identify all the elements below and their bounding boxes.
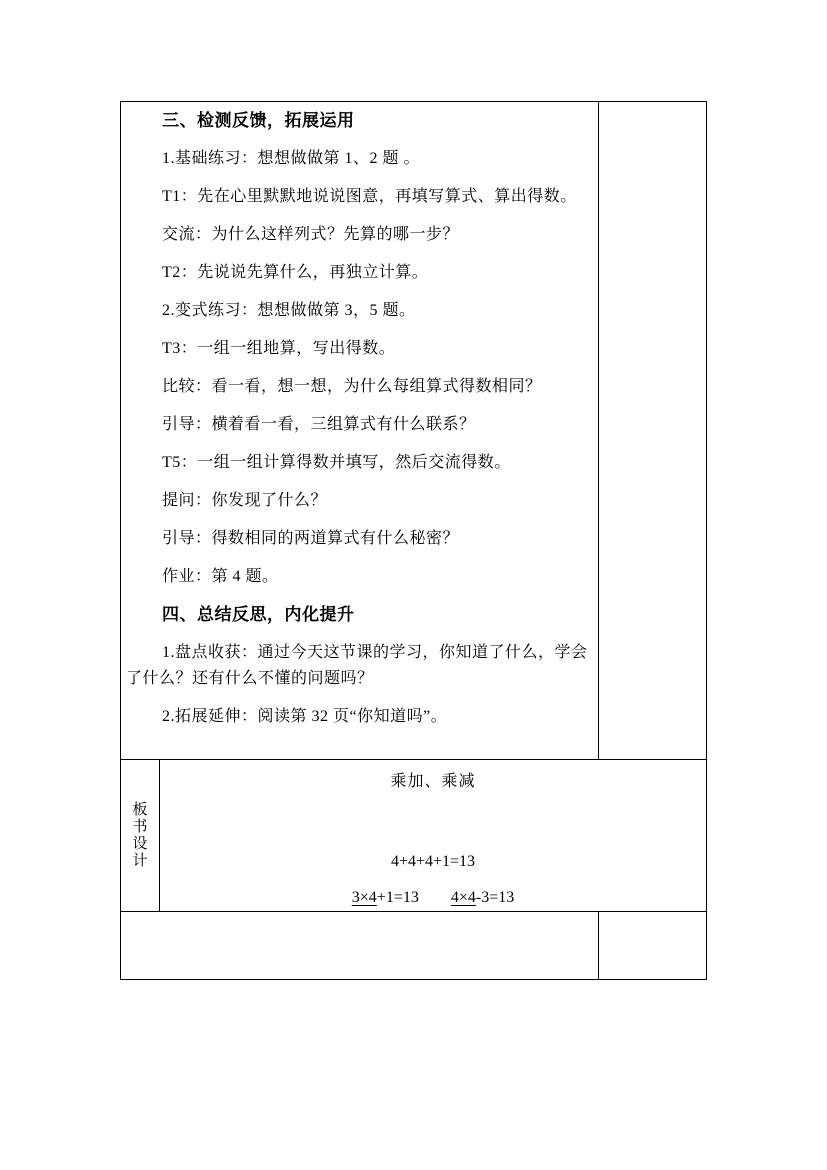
board-title: 乘加、乘减 xyxy=(160,768,706,791)
basic-practice-line: 1.基础练习：想想做做第 1、2 题 。 xyxy=(126,146,588,172)
variant-practice-line: 2.变式练习：想想做做第 3，5 题。 xyxy=(126,298,588,324)
question-line: 提问：你发现了什么？ xyxy=(126,488,588,514)
extension-line: 2.拓展延伸：阅读第 32 页“你知道吗”。 xyxy=(126,704,588,730)
t5-line: T5：一组一组计算得数并填写，然后交流得数。 xyxy=(126,450,588,476)
board-design-label-cell: 板书设计 xyxy=(120,759,160,912)
exchange-line: 交流：为什么这样列式？先算的哪一步？ xyxy=(126,222,588,248)
section-three-heading: 三、检测反馈，拓展运用 xyxy=(126,108,588,134)
multiply-add-rest: +1=13 xyxy=(377,889,419,906)
multiply-subtract-equation: 4×4-3=13 xyxy=(451,889,514,907)
compare-line: 比较：看一看，想一想，为什么每组算式得数相同？ xyxy=(126,374,588,400)
multiply-subtract-underlined-part: 4×4 xyxy=(451,889,476,906)
empty-bottom-left-cell xyxy=(120,911,599,980)
notes-column-cell xyxy=(598,101,707,760)
multiply-add-underlined-part: 3×4 xyxy=(352,889,377,906)
t1-line: T1：先在心里默默地说说图意，再填写算式、算出得数。 xyxy=(126,184,588,210)
summary-line: 1.盘点收获：通过今天这节课的学习，你知道了什么，学会了什么？还有什么不懂的问题… xyxy=(126,640,588,692)
t2-line: T2：先说说先算什么，再独立计算。 xyxy=(126,260,588,286)
t3-line: T3：一组一组地算，写出得数。 xyxy=(126,336,588,362)
homework-line: 作业：第 4 题。 xyxy=(126,564,588,590)
board-formula-row: 3×4+1=13 4×4-3=13 xyxy=(160,889,706,907)
lesson-plan-table: 三、检测反馈，拓展运用 1.基础练习：想想做做第 1、2 题 。 T1：先在心里… xyxy=(120,101,707,980)
multiply-add-equation: 3×4+1=13 xyxy=(352,889,419,907)
empty-bottom-right-cell xyxy=(598,911,707,980)
board-design-label: 板书设计 xyxy=(132,802,149,870)
section-four-heading: 四、总结反思，内化提升 xyxy=(126,602,588,628)
guide-line-1: 引导：横着看一看，三组算式有什么联系？ xyxy=(126,412,588,438)
board-design-content-cell: 乘加、乘减 4+4+4+1=13 3×4+1=13 4×4-3=13 xyxy=(159,759,707,912)
guide-line-2: 引导：得数相同的两道算式有什么秘密？ xyxy=(126,526,588,552)
teaching-process-cell: 三、检测反馈，拓展运用 1.基础练习：想想做做第 1、2 题 。 T1：先在心里… xyxy=(120,101,599,760)
board-addition-equation: 4+4+4+1=13 xyxy=(160,853,706,871)
multiply-subtract-rest: -3=13 xyxy=(476,889,514,906)
